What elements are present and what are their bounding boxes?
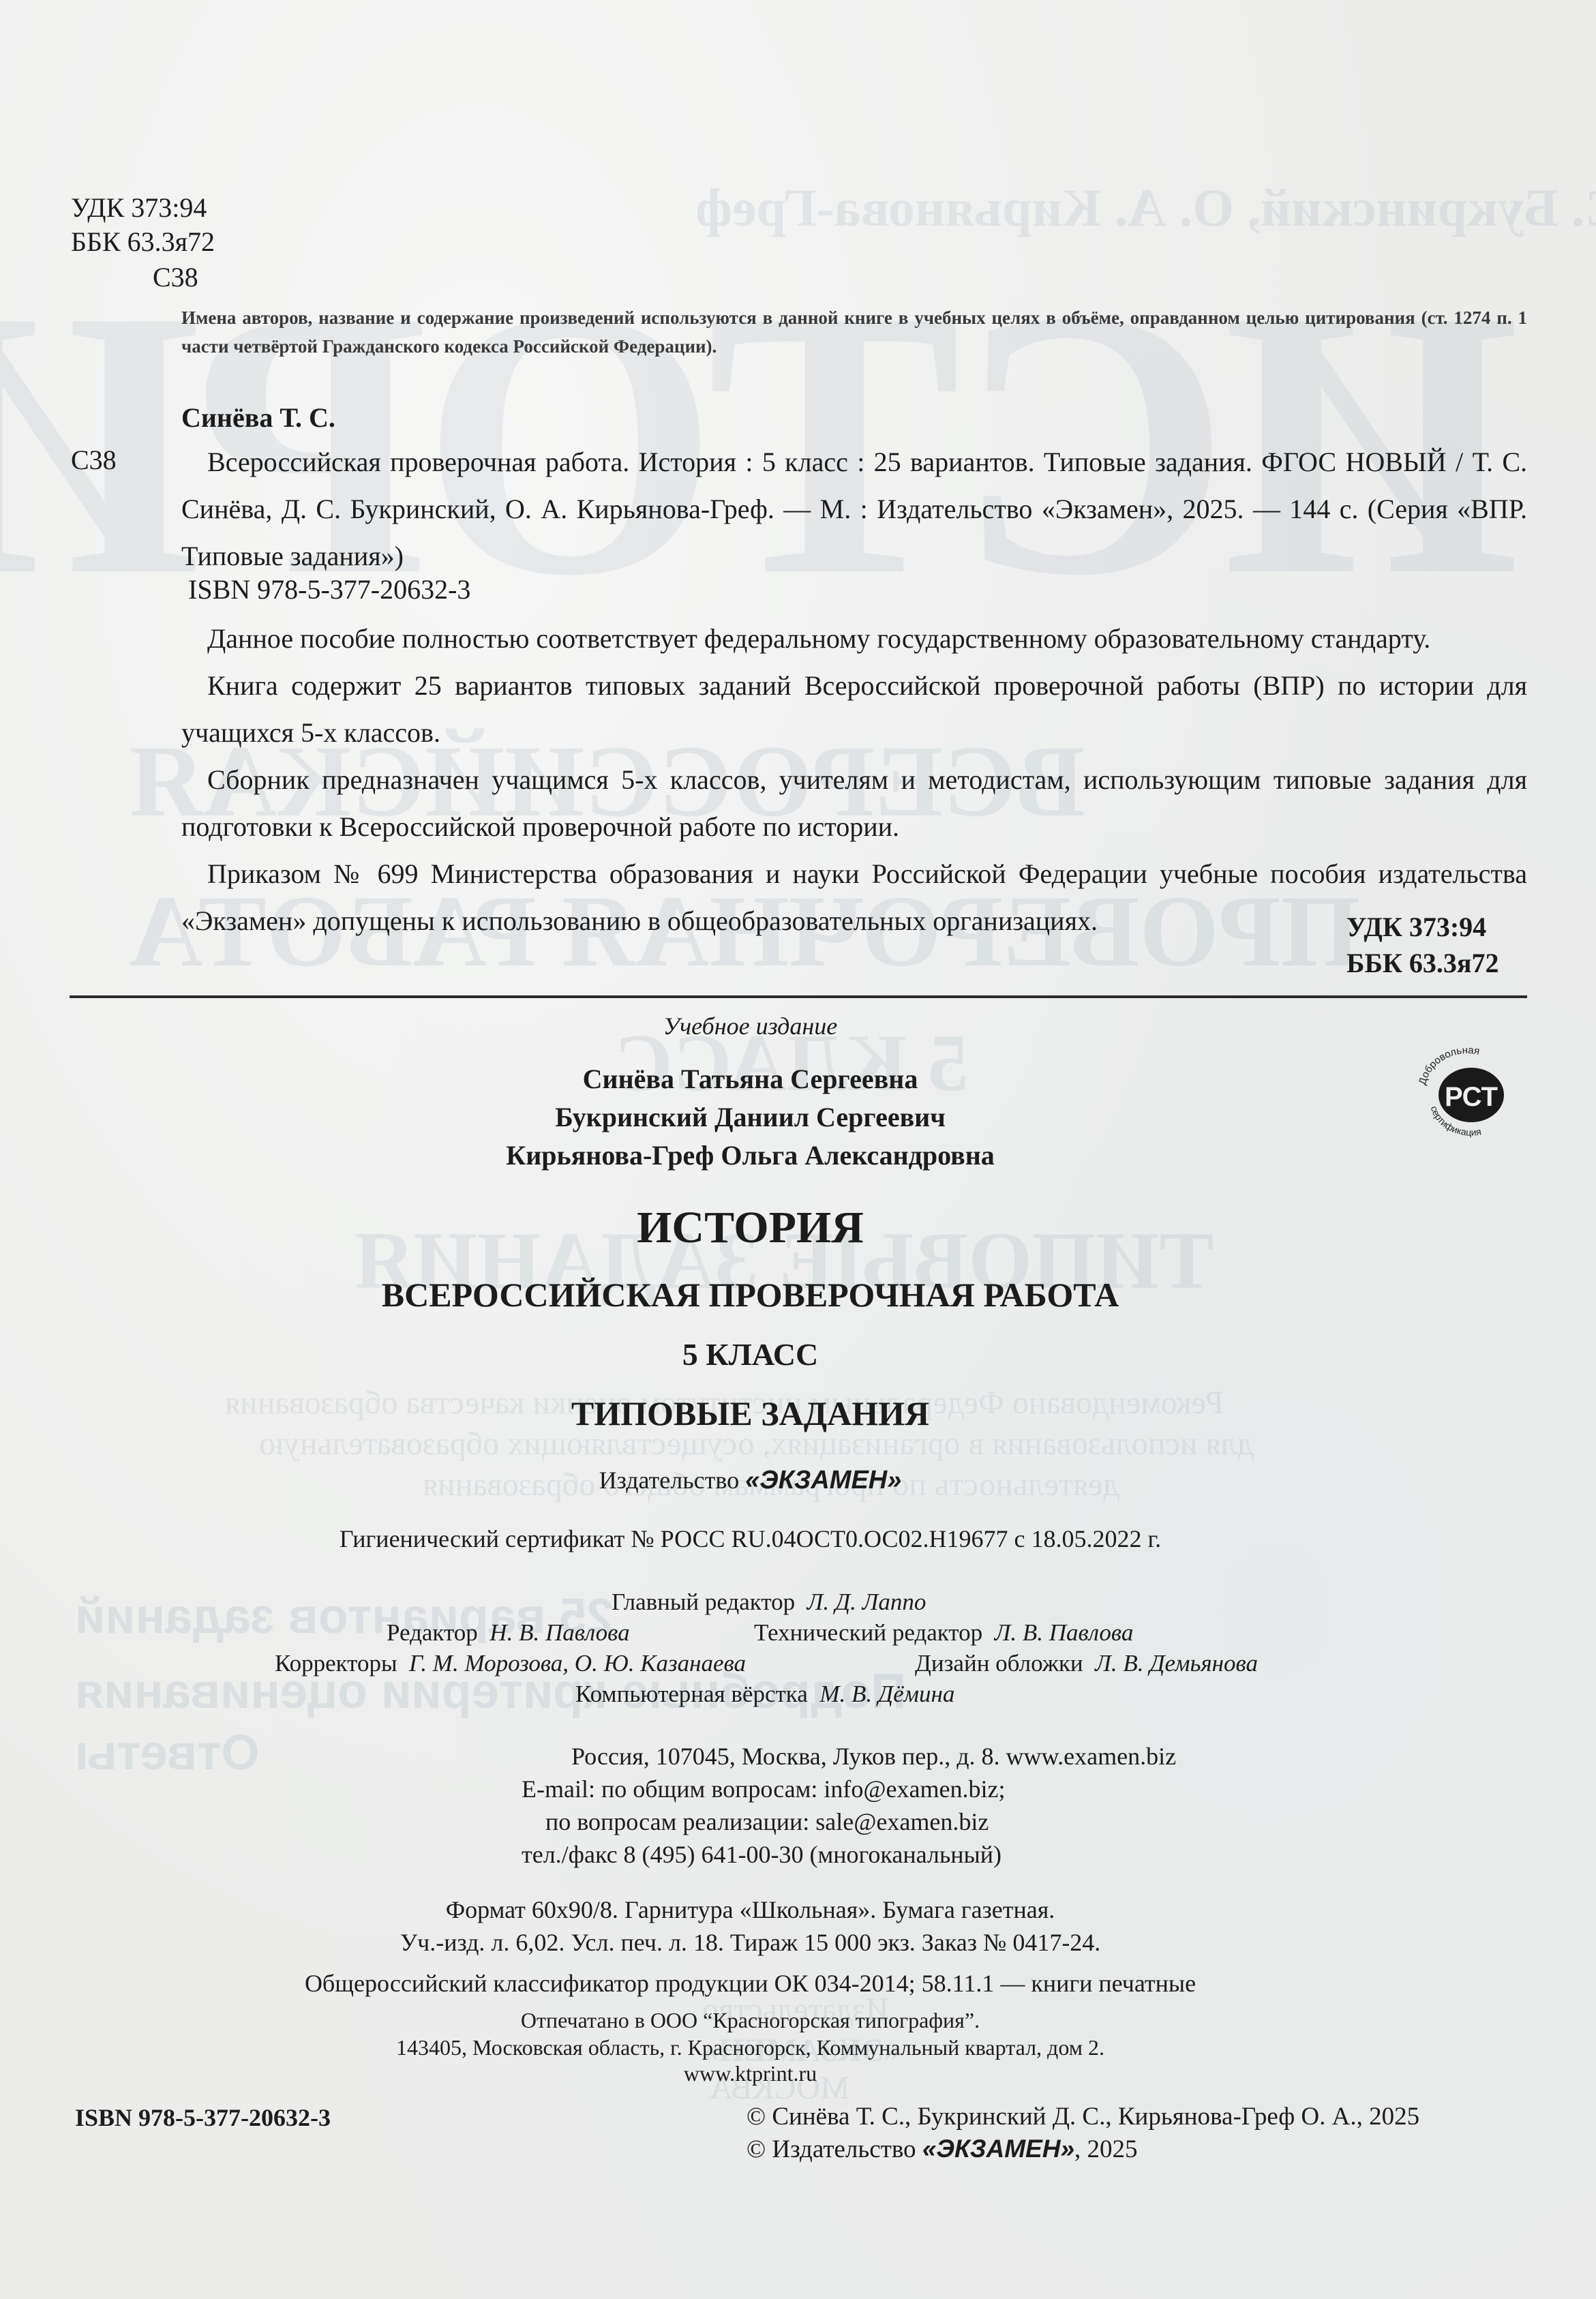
spec-classifier: Общероссийский классификатор продукции О… — [0, 1969, 1596, 1998]
annotation-paragraph: Сборник предназначен учащимся 5-х классо… — [181, 756, 1527, 850]
author-mark-top: С38 — [153, 260, 198, 295]
catalog-author-heading: Синёва Т. С. — [181, 401, 335, 435]
copyright-publisher-name: «ЭКЗАМЕН» — [922, 2135, 1074, 2163]
book-series: ТИПОВЫЕ ЗАДАНИЯ — [0, 1394, 1596, 1433]
annotation-paragraph: Книга содержит 25 вариантов типовых зада… — [181, 662, 1527, 756]
catalog-author-mark: С38 — [71, 443, 117, 477]
publisher-name: «ЭКЗАМЕН» — [745, 1466, 901, 1494]
footer-isbn: ISBN 978-5-377-20632-3 — [75, 2103, 331, 2132]
printer-website: www.ktprint.ru — [0, 2061, 1596, 2086]
proofreaders-names: Г. М. Морозова, О. Ю. Казанаева — [409, 1650, 746, 1677]
spec-format: Формат 60x90/8. Гарнитура «Школьная». Бу… — [0, 1895, 1596, 1924]
phone: тел./факс 8 (495) 641-00-30 (многоканаль… — [522, 1840, 1002, 1869]
tech-editor-label: Технический редактор — [754, 1619, 982, 1646]
voluntary-certification-logo: Добровольная РСТ сертификация — [1410, 1043, 1526, 1139]
staff-layout: Компьютерная вёрстка М. В. Дёмина — [575, 1681, 954, 1708]
udk-top: УДК 373:94 — [71, 191, 207, 225]
cover-design-label: Дизайн обложки — [915, 1650, 1083, 1677]
catalog-description: Всероссийская проверочная работа. Истори… — [181, 438, 1527, 580]
catalog-annotation: Данное пособие полностью соответствует ф… — [181, 615, 1527, 944]
staff-editor: Редактор Н. В. Павлова — [387, 1619, 630, 1647]
proofreaders-label: Корректоры — [275, 1650, 397, 1677]
publisher-address: Россия, 107045, Москва, Луков пер., д. 8… — [571, 1742, 1176, 1771]
staff-tech-editor: Технический редактор Л. В. Павлова — [754, 1619, 1133, 1647]
book-grade: 5 КЛАСС — [0, 1336, 1596, 1372]
layout-label: Компьютерная вёрстка — [575, 1681, 808, 1707]
printer-address: 143405, Московская область, г. Красногор… — [0, 2035, 1596, 2060]
catalog-isbn: ISBN 978-5-377-20632-3 — [188, 573, 470, 607]
editor-label: Редактор — [387, 1619, 478, 1646]
chief-editor-label: Главный редактор — [612, 1589, 795, 1615]
authors-list: Синёва Татьяна Сергеевна Букринский Дани… — [0, 1060, 1596, 1175]
chief-editor-name: Л. Д. Лаппо — [807, 1589, 927, 1615]
layout-name: М. В. Дёмина — [819, 1681, 954, 1707]
publisher-prefix: Издательство — [599, 1467, 740, 1494]
editor-name: Н. В. Павлова — [490, 1619, 629, 1646]
legal-note: Имена авторов, название и содержание про… — [181, 303, 1527, 361]
catalog-udk: УДК 373:94 — [1346, 910, 1486, 944]
book-subtitle: ВСЕРОССИЙСКАЯ ПРОВЕРОЧНАЯ РАБОТА — [0, 1275, 1596, 1314]
staff-chief-editor: Главный редактор Л. Д. Лаппо — [612, 1589, 926, 1616]
edition-type: Учебное издание — [0, 1011, 1596, 1042]
logo-mark: РСТ — [1445, 1082, 1498, 1112]
staff-proofreaders: Корректоры Г. М. Морозова, О. Ю. Казанае… — [275, 1650, 746, 1677]
printer-name: Отпечатано в ООО “Красногорская типограф… — [0, 2008, 1596, 2033]
copyright-publisher-prefix: © Издательство — [747, 2135, 916, 2163]
annotation-paragraph: Приказом № 699 Министерства образования … — [181, 850, 1527, 944]
staff-cover-design: Дизайн обложки Л. В. Демьянова — [915, 1650, 1258, 1677]
author-name: Синёва Татьяна Сергеевна — [0, 1060, 1501, 1098]
email-sales: по вопросам реализации: sale@examen.biz — [545, 1807, 989, 1836]
copyright-publisher: © Издательство «ЭКЗАМЕН», 2025 — [747, 2135, 1138, 2164]
author-name: Кирьянова-Греф Ольга Александровна — [0, 1137, 1501, 1175]
copyright-authors: © Синёва Т. С., Букринский Д. С., Кирьян… — [747, 2102, 1419, 2131]
cover-design-name: Л. В. Демьянова — [1095, 1650, 1258, 1677]
section-divider — [70, 995, 1527, 998]
annotation-paragraph: Данное пособие полностью соответствует ф… — [181, 615, 1527, 662]
tech-editor-name: Л. В. Павлова — [995, 1619, 1134, 1646]
publisher-line: Издательство «ЭКЗАМЕН» — [0, 1466, 1596, 1495]
email-general: E-mail: по общим вопросам: info@examen.b… — [522, 1775, 1005, 1803]
copyright-publisher-year: , 2025 — [1074, 2135, 1138, 2163]
book-title: ИСТОРИЯ — [0, 1202, 1596, 1254]
author-name: Букринский Даниил Сергеевич — [0, 1098, 1501, 1137]
spec-print-run: Уч.-изд. л. 6,02. Усл. печ. л. 18. Тираж… — [0, 1928, 1596, 1957]
catalog-bbk: ББК 63.3я72 — [1346, 946, 1499, 980]
bbk-top: ББК 63.3я72 — [71, 225, 215, 259]
hygiene-certificate: Гигиенический сертификат № РОСС RU.04ОСТ… — [0, 1524, 1596, 1553]
